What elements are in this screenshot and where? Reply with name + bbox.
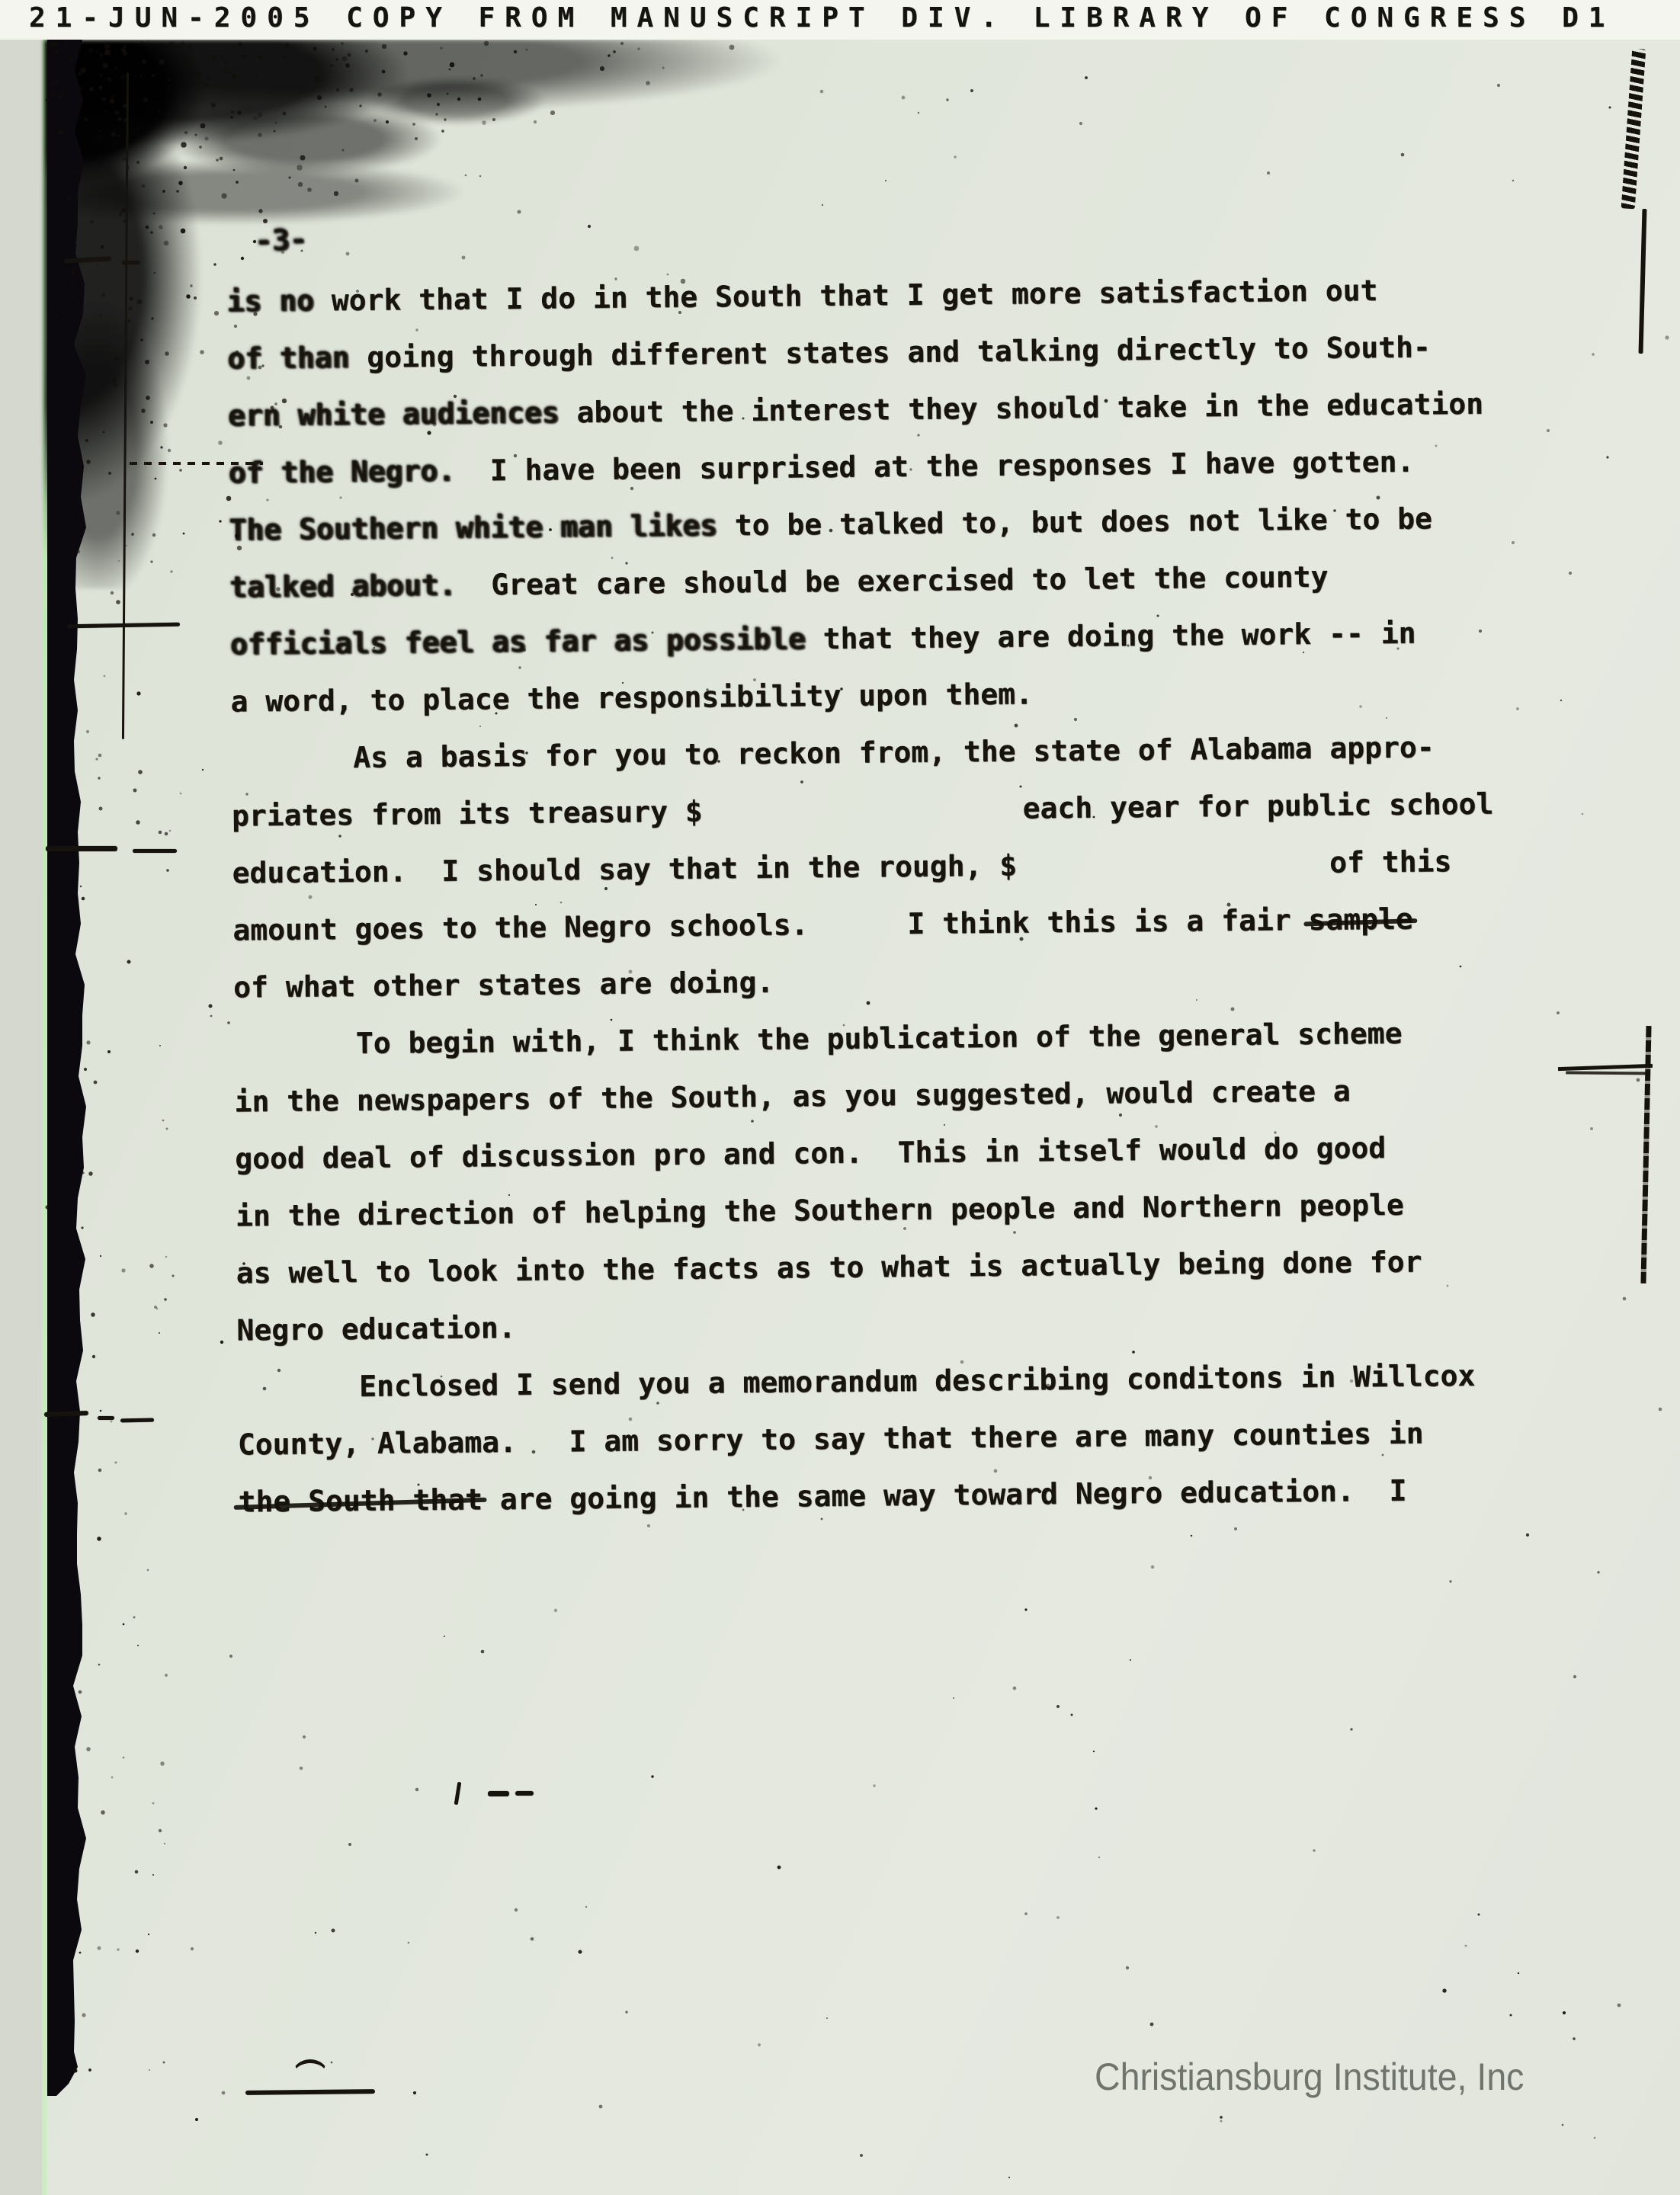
letter-text: in the newspapers of the South, as you s… <box>234 1074 1351 1118</box>
letter-line: the South that are going in the same way… <box>238 1461 1580 1531</box>
letter-text: about the interest they should take in t… <box>559 387 1483 430</box>
scan-artifact-vline <box>454 1782 462 1805</box>
letter-text: Great care should be exercised to let th… <box>456 560 1328 602</box>
scan-artifact-vline <box>122 72 129 739</box>
scan-artifact-dash <box>98 1416 114 1420</box>
letter-text: each year for public school <box>1022 787 1493 825</box>
letter-text: I think this is a fair <box>907 903 1309 940</box>
letter-text: The Southern white man likes <box>229 508 717 546</box>
scan-artifact-dash <box>46 846 117 851</box>
scanned-letter-page: 21-JUN-2005 COPY FROM MANUSCRIPT DIV. LI… <box>0 0 1680 2195</box>
blank-fill-in-space <box>808 933 907 934</box>
scan-artifact-squiggle <box>1621 49 1646 210</box>
letter-text: of than <box>227 341 350 376</box>
scan-artifact-dash <box>120 1418 154 1423</box>
letter-text: good deal of discussion pro and con. Thi… <box>235 1131 1386 1175</box>
struck-text: sample <box>1308 902 1413 937</box>
scan-artifact-vline <box>1639 209 1647 354</box>
letter-text: that they are doing the work -- in <box>806 617 1416 656</box>
letter-text: amount goes to the Negro schools. <box>232 908 808 947</box>
letter-text: County, Alabama. I am sorry to say that … <box>238 1416 1424 1461</box>
scan-artifact-dash <box>44 1411 88 1417</box>
letter-text: in the direction of helping the Southern… <box>236 1188 1404 1233</box>
scan-edge-highlight <box>42 40 46 2195</box>
letter-text: going through different states and talki… <box>349 330 1431 374</box>
struck-text: the South that <box>238 1482 483 1518</box>
scan-artifact-dash <box>122 261 140 264</box>
letter-text: As a basis for you to reckon from, the s… <box>353 730 1435 774</box>
letter-text: are going in the same way toward Negro e… <box>483 1474 1407 1517</box>
letter-text: a word, to place the responsibility upon… <box>230 677 1033 718</box>
scanner-margin <box>0 40 42 2195</box>
letter-text: as well to look into the facts as to wha… <box>236 1245 1422 1290</box>
letter-text: of what other states are doing. <box>233 966 774 1005</box>
blank-fill-in-space <box>703 817 1023 821</box>
letter-text: work that I do in the South that I get m… <box>314 274 1378 317</box>
letter-text: officials feel as far as possible <box>230 622 806 661</box>
letter-text: talked about. <box>229 569 457 604</box>
page-number: -3- <box>254 223 307 258</box>
letter-text: Negro education. <box>236 1311 515 1347</box>
letter-text: education. I should say that in the roug… <box>232 849 1017 890</box>
scan-artifact-dash <box>488 1791 509 1796</box>
letter-text: to be talked to, but does not like to be <box>717 501 1432 542</box>
letter-text: priates from its treasury $ <box>232 795 703 833</box>
letter-text: I have been surprised at the responses I… <box>455 445 1415 488</box>
scan-header-text: 21-JUN-2005 COPY FROM MANUSCRIPT DIV. LI… <box>29 2 1614 34</box>
watermark: Christiansburg Institute, Inc <box>1095 2055 1524 2099</box>
letter-text: of this <box>1329 844 1452 880</box>
letter-text: ern white audiences <box>228 396 559 432</box>
scan-artifact-arc <box>293 2059 328 2074</box>
letter-text: Enclosed I send you a memorandum describ… <box>359 1359 1476 1403</box>
scan-artifact-scratch <box>245 2089 375 2095</box>
blank-fill-in-space <box>1017 872 1329 876</box>
scan-artifact-dotline <box>130 462 263 465</box>
scan-header-strip: 21-JUN-2005 COPY FROM MANUSCRIPT DIV. LI… <box>0 0 1680 40</box>
letter-text: To begin with, I think the publication o… <box>356 1017 1403 1060</box>
scan-artifact-dash <box>515 1791 534 1796</box>
letter-body: is no work that I do in the South that I… <box>226 261 1580 1531</box>
paper-edge-shadow-band <box>47 40 93 2096</box>
scan-artifact-dash <box>133 849 177 853</box>
letter-text: is no <box>226 284 314 318</box>
letter-text: of the Negro. <box>228 454 455 490</box>
